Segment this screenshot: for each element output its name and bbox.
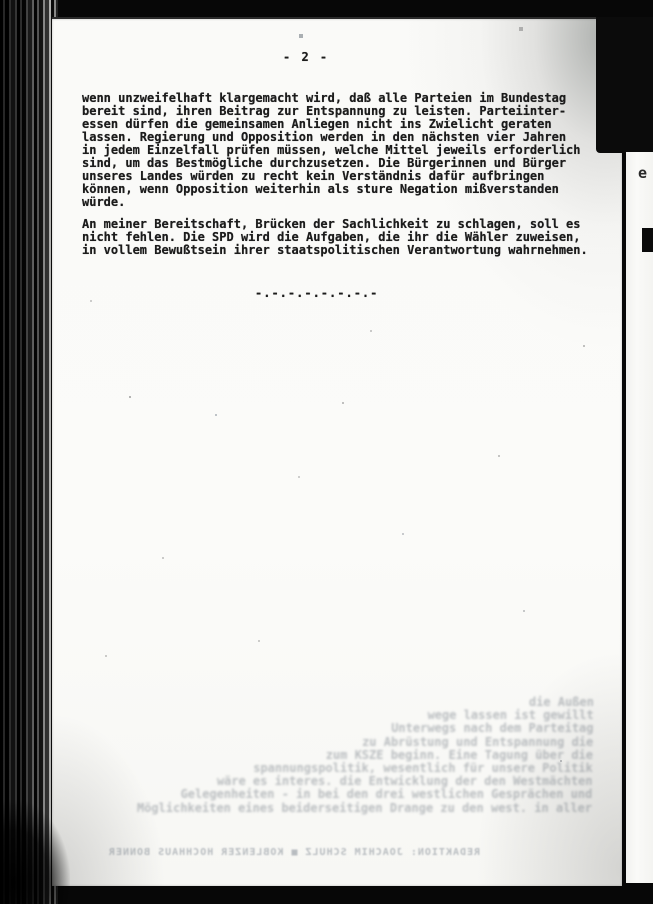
adjacent-page-sliver: e — [626, 152, 653, 883]
paragraph-2: An meiner Bereitschaft, Brücken der Sach… — [82, 218, 588, 257]
bleed-through-footer: REDAKTION: JOACHIM SCHULZ ■ KOBLENZER HO… — [150, 847, 480, 858]
page-number: - 2 - — [283, 51, 329, 64]
adjacent-page-ink-bar — [642, 228, 653, 252]
scan-noise-speckles — [0, 0, 2, 2]
paragraph-1: wenn unzweifelhaft klargemacht wird, daß… — [82, 92, 581, 209]
adjacent-page-letter-fragment: e — [638, 164, 647, 182]
scan-page-stack-edges — [0, 0, 58, 904]
scan-corner-shadow — [596, 17, 653, 153]
scan-corner-blob — [0, 800, 70, 904]
bleed-through-text: die Außen wege lassen ist gewillt Unterw… — [57, 696, 594, 815]
section-separator: -.-.-.-.-.-.-.- — [255, 287, 378, 300]
